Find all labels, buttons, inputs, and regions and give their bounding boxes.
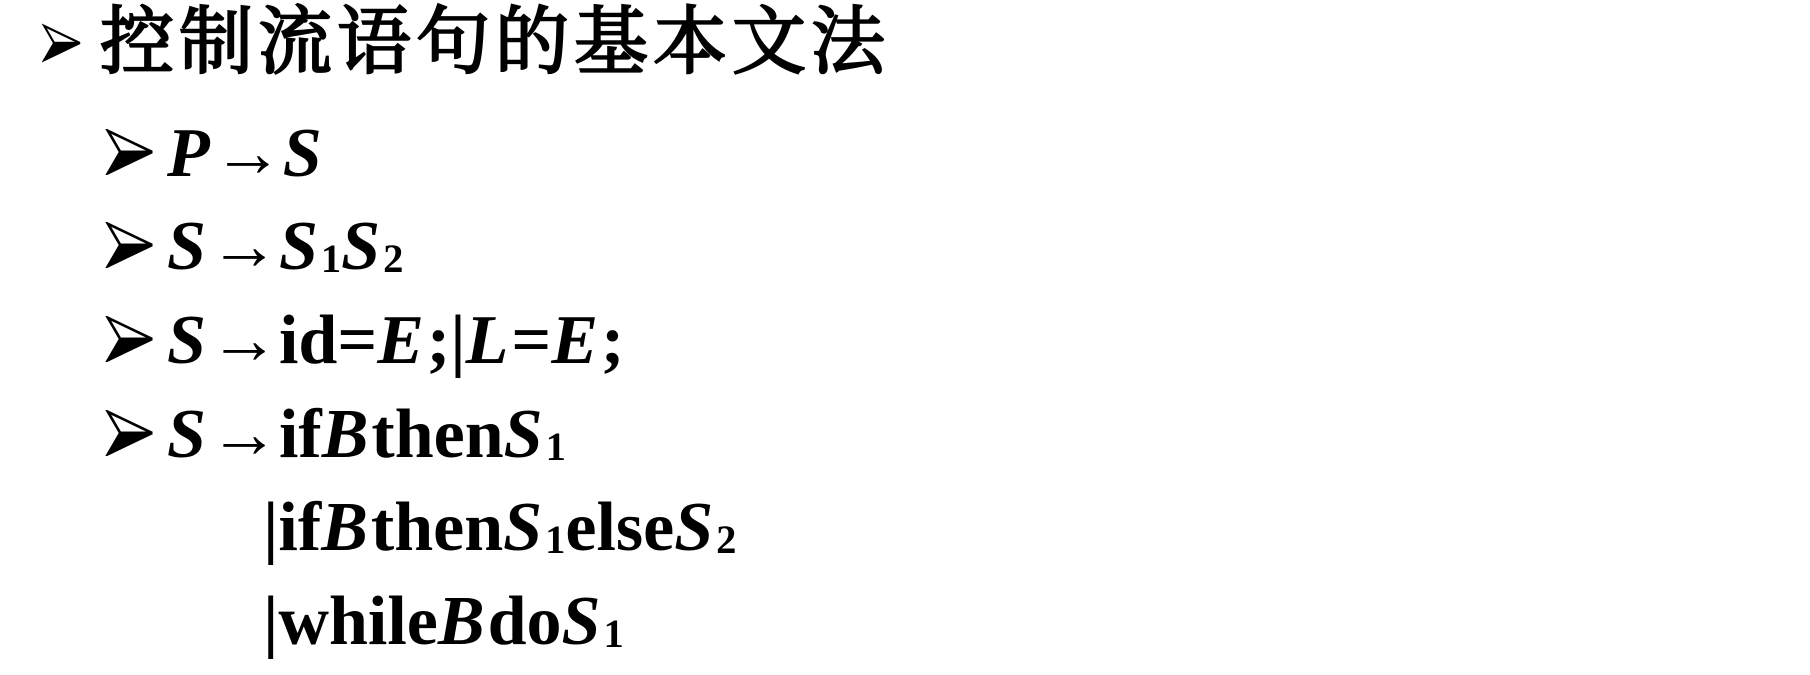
nonterminal-token: B — [438, 575, 488, 668]
arrowhead-bullet-icon — [42, 16, 82, 70]
arrow-operator: → — [209, 388, 279, 481]
production-line-1: P → S — [105, 107, 325, 200]
arrow-operator: → — [213, 107, 283, 200]
arrowhead-bullet-icon — [105, 410, 155, 456]
nonterminal-token: B — [322, 388, 372, 481]
nonterminal-token: E — [377, 294, 427, 387]
production-line-4: S → if B then S1 — [105, 388, 566, 481]
nonterminal-token: B — [321, 481, 371, 574]
subscript-token: 1 — [321, 212, 341, 305]
nonterminal-token: S — [283, 107, 325, 200]
nonterminal-token: S — [504, 388, 546, 481]
semicolon-token: ; — [601, 294, 624, 387]
arrow-operator: → — [209, 294, 279, 387]
nonterminal-token: S — [674, 481, 716, 574]
production-line-5: | if B then S1 else S2 — [263, 481, 736, 574]
slide: 控制流语句的基本文法 P → S S → S1 S2 S → id = E ; … — [0, 0, 1810, 675]
slide-title: 控制流语句的基本文法 — [42, 6, 890, 80]
terminal-token: do — [488, 575, 562, 668]
subscript-token: 1 — [603, 587, 623, 675]
nonterminal-token: S — [341, 200, 383, 293]
arrow-operator: → — [209, 200, 279, 293]
terminal-token: while — [278, 575, 437, 668]
terminal-token: then — [371, 481, 503, 574]
terminal-token: then — [371, 388, 503, 481]
nonterminal-token: P — [167, 107, 213, 200]
arrowhead-bullet-icon — [105, 129, 155, 175]
nonterminal-token: S — [562, 575, 604, 668]
semicolon-token: ; — [427, 294, 450, 387]
alternative-bar-token: | — [263, 481, 278, 574]
slide-title-text: 控制流语句的基本文法 — [100, 6, 890, 80]
subscript-token: 2 — [383, 212, 403, 305]
equals-operator: = — [511, 294, 551, 387]
alternative-bar-token: | — [263, 575, 278, 668]
nonterminal-token: S — [167, 388, 209, 481]
alternative-bar-token: | — [450, 294, 465, 387]
nonterminal-token: S — [167, 200, 209, 293]
production-line-6: | while B do S1 — [263, 575, 624, 668]
terminal-token: id — [279, 294, 337, 387]
terminal-token: if — [279, 388, 322, 481]
nonterminal-token: S — [167, 294, 209, 387]
production-line-2: S → S1 S2 — [105, 200, 403, 293]
subscript-token: 1 — [545, 493, 565, 586]
subscript-token: 2 — [716, 493, 736, 586]
terminal-token: if — [278, 481, 321, 574]
nonterminal-token: S — [503, 481, 545, 574]
nonterminal-token: L — [466, 294, 512, 387]
arrowhead-bullet-icon — [105, 316, 155, 362]
nonterminal-token: S — [279, 200, 321, 293]
terminal-token: else — [565, 481, 674, 574]
equals-operator: = — [337, 294, 377, 387]
nonterminal-token: E — [551, 294, 601, 387]
production-line-3: S → id = E ; | L = E ; — [105, 294, 624, 387]
subscript-token: 1 — [546, 400, 566, 493]
arrowhead-bullet-icon — [105, 222, 155, 268]
